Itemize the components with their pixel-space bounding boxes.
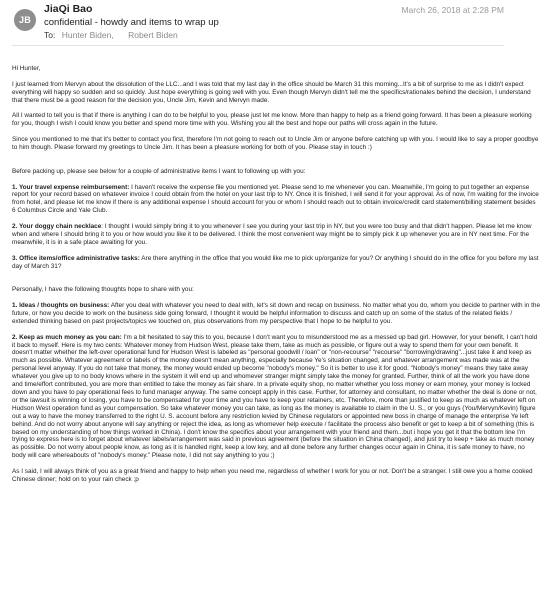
recipient-robert-biden[interactable]: Robert Biden: [128, 30, 178, 40]
personal-item-title: 1. Ideas / thoughts on business:: [12, 302, 109, 309]
header-divider: [12, 45, 504, 46]
paragraph-helpful: All I wanted to tell you is that if ther…: [12, 112, 540, 128]
personal-intro: Personally, I have the following thought…: [12, 286, 540, 294]
sender-avatar[interactable]: JB: [14, 9, 36, 31]
paragraph-contact: Since you mentioned to me that it's bett…: [12, 136, 540, 152]
admin-item-necklace: 2. Your doggy chain necklace: I thought …: [12, 223, 540, 247]
paragraph-dissolution: I just learned from Mervyn about the dis…: [12, 81, 540, 105]
recipient-hunter-biden[interactable]: Hunter Biden,: [62, 30, 114, 40]
personal-item-business: 1. Ideas / thoughts on business: After y…: [12, 302, 540, 326]
email-subject: confidential - howdy and items to wrap u…: [44, 16, 550, 29]
admin-intro: Before packing up, please see below for …: [12, 168, 540, 176]
admin-item-title: 1. Your travel expense reimbursement:: [12, 184, 129, 191]
personal-item-money: 2. Keep as much money as you can: I'm a …: [12, 334, 540, 461]
to-label: To:: [44, 30, 55, 40]
greeting: Hi Hunter,: [12, 65, 540, 73]
email-header: JB JiaQi Bao confidential - howdy and it…: [0, 0, 550, 45]
admin-item-travel-expense: 1. Your travel expense reimbursement: I …: [12, 184, 540, 216]
recipients-line: To: Hunter Biden, Robert Biden: [44, 29, 550, 41]
email-date: March 26, 2018 at 2:28 PM: [401, 5, 504, 15]
admin-item-title: 3. Office items/office administrative ta…: [12, 255, 140, 262]
personal-item-title: 2. Keep as much money as you can:: [12, 334, 122, 341]
email-body: Hi Hunter, I just learned from Mervyn ab…: [0, 45, 550, 484]
closing-paragraph: As I said, I will always think of you as…: [12, 468, 540, 484]
admin-item-title: 2. Your doggy chain necklace: [12, 223, 101, 230]
admin-item-office: 3. Office items/office administrative ta…: [12, 255, 540, 271]
personal-item-text: I'm a bit hesitated to say this to you, …: [12, 334, 537, 460]
